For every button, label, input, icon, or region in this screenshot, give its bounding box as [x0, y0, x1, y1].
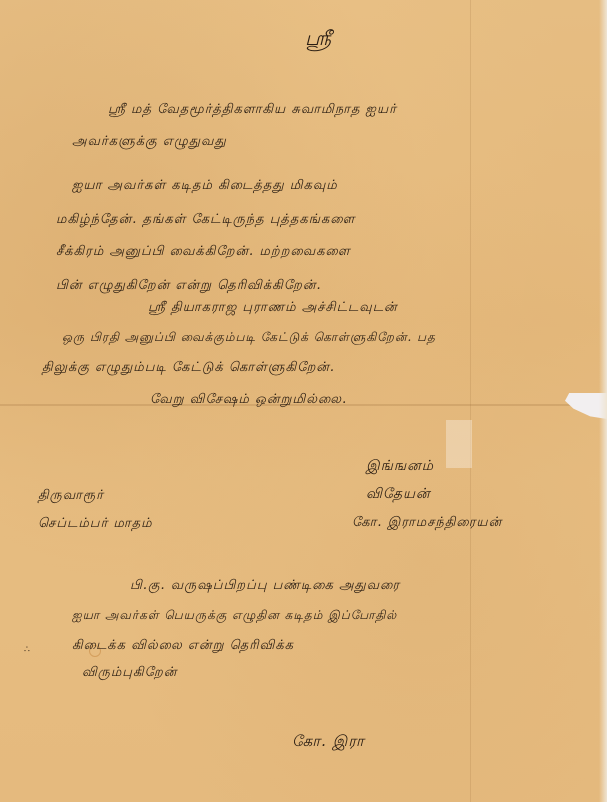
tape-mark	[446, 420, 472, 468]
body-line-8: வேறு விசேஷம் ஒன்றுமில்லை.	[150, 392, 347, 408]
body-line-4: பின் எழுதுகிறேன் என்று தெரிவிக்கிறேன்.	[56, 278, 322, 294]
paper-edge	[599, 0, 607, 802]
closing-ingganam: இங்ஙனம்	[366, 458, 434, 476]
body-line-7: திலுக்கு எழுதும்படி கேட்டுக் கொள்ளுகிறேன…	[42, 360, 335, 376]
letter-paper: ∴ ஸ்ரீ ஸ்ரீ மத் வேதமூர்த்திகளாகிய சுவாமி…	[0, 0, 607, 802]
place: திருவாரூர்	[38, 488, 104, 504]
salutation-line-2: அவர்களுக்கு எழுதுவது	[72, 134, 227, 150]
paper-fold-vertical	[470, 0, 471, 802]
postscript-line-1: பி.கு. வருஷப்பிறப்பு பண்டிகை அதுவரை	[130, 578, 400, 594]
postscript-signature: கோ. இரா	[292, 732, 365, 752]
ink-specks: ∴	[24, 645, 30, 655]
body-line-1: ஐயா அவர்கள் கடிதம் கிடைத்தது மிகவும்	[72, 178, 338, 194]
date: செப்டம்பர் மாதம்	[38, 516, 153, 532]
salutation-line-1: ஸ்ரீ மத் வேதமூர்த்திகளாகிய சுவாமிநாத ஐயர…	[108, 102, 397, 118]
postscript-line-3: கிடைக்க வில்லை என்று தெரிவிக்க	[72, 638, 294, 654]
body-line-6: ஒரு பிரதி அனுப்பி வைக்கும்படி கேட்டுக் க…	[62, 330, 436, 346]
body-line-5: ஸ்ரீ தியாகராஜ புராணம் அச்சிட்டவுடன்	[148, 300, 398, 316]
body-line-2: மகிழ்ந்தேன். தங்கள் கேட்டிருந்த புத்தகங்…	[56, 212, 355, 228]
invocation-sri: ஸ்ரீ	[305, 26, 332, 53]
body-line-3: சீக்கிரம் அனுப்பி வைக்கிறேன். மற்றவைகளை	[56, 244, 351, 260]
sender-name: கோ. இராமசந்திரையன்	[352, 515, 502, 531]
closing-vidheyan: விதேயன்	[366, 486, 431, 504]
postscript-line-2: ஐயா அவர்கள் பெயருக்கு எழுதின கடிதம் இப்ப…	[72, 608, 397, 624]
postscript-line-4: விரும்புகிறேன்	[82, 665, 177, 681]
